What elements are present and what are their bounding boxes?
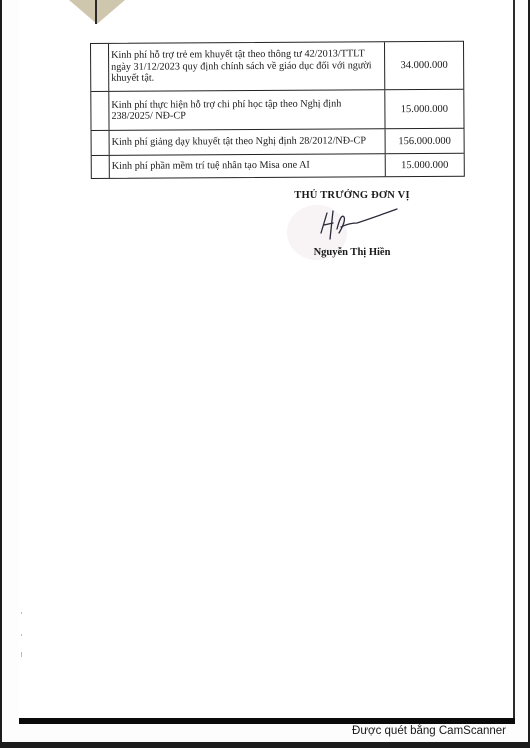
- row-index-cell: [91, 44, 109, 91]
- page-bottom-edge: [19, 718, 515, 724]
- row-amount: 34.000.000: [385, 42, 463, 89]
- page-fold-line: [95, 0, 97, 24]
- row-amount: 15.000.000: [385, 90, 463, 128]
- table-row: Kinh phí hỗ trợ trẻ em khuyết tật theo t…: [91, 42, 463, 91]
- signature-block: THỦ TRƯỞNG ĐƠN VỊ Nguyễn Thị Hiền: [282, 190, 422, 258]
- row-index-cell: [92, 156, 110, 178]
- table-row: Kinh phí thực hiện hỗ trợ chi phí học tậ…: [91, 89, 463, 130]
- row-index-cell: [91, 92, 109, 130]
- signer-title: THỦ TRƯỞNG ĐƠN VỊ: [282, 190, 422, 201]
- scanned-page: Kinh phí hỗ trợ trẻ em khuyết tật theo t…: [2, 0, 528, 742]
- row-description: Kinh phí thực hiện hỗ trợ chi phí học tậ…: [109, 90, 385, 130]
- table-row: Kinh phí giảng dạy khuyết tật theo Nghị …: [92, 128, 464, 155]
- handwritten-signature: [297, 203, 407, 245]
- page-right-edge: [513, 0, 515, 724]
- row-index-cell: [92, 131, 110, 155]
- row-amount: 156.000.000: [386, 129, 464, 153]
- budget-table: Kinh phí hỗ trợ trẻ em khuyết tật theo t…: [90, 41, 465, 179]
- row-description: Kinh phí hỗ trợ trẻ em khuyết tật theo t…: [109, 42, 385, 91]
- signer-name: Nguyễn Thị Hiền: [282, 247, 422, 258]
- table-row: Kinh phí phần mềm trí tuệ nhân tạo Misa …: [92, 153, 464, 178]
- row-amount: 15.000.000: [386, 154, 464, 176]
- camscanner-watermark: Được quét bằng CamScanner: [352, 725, 506, 737]
- page-fold-corner: [69, 0, 125, 24]
- row-description: Kinh phí phần mềm trí tuệ nhân tạo Misa …: [110, 154, 386, 178]
- row-description: Kinh phí giảng dạy khuyết tật theo Nghị …: [110, 129, 386, 155]
